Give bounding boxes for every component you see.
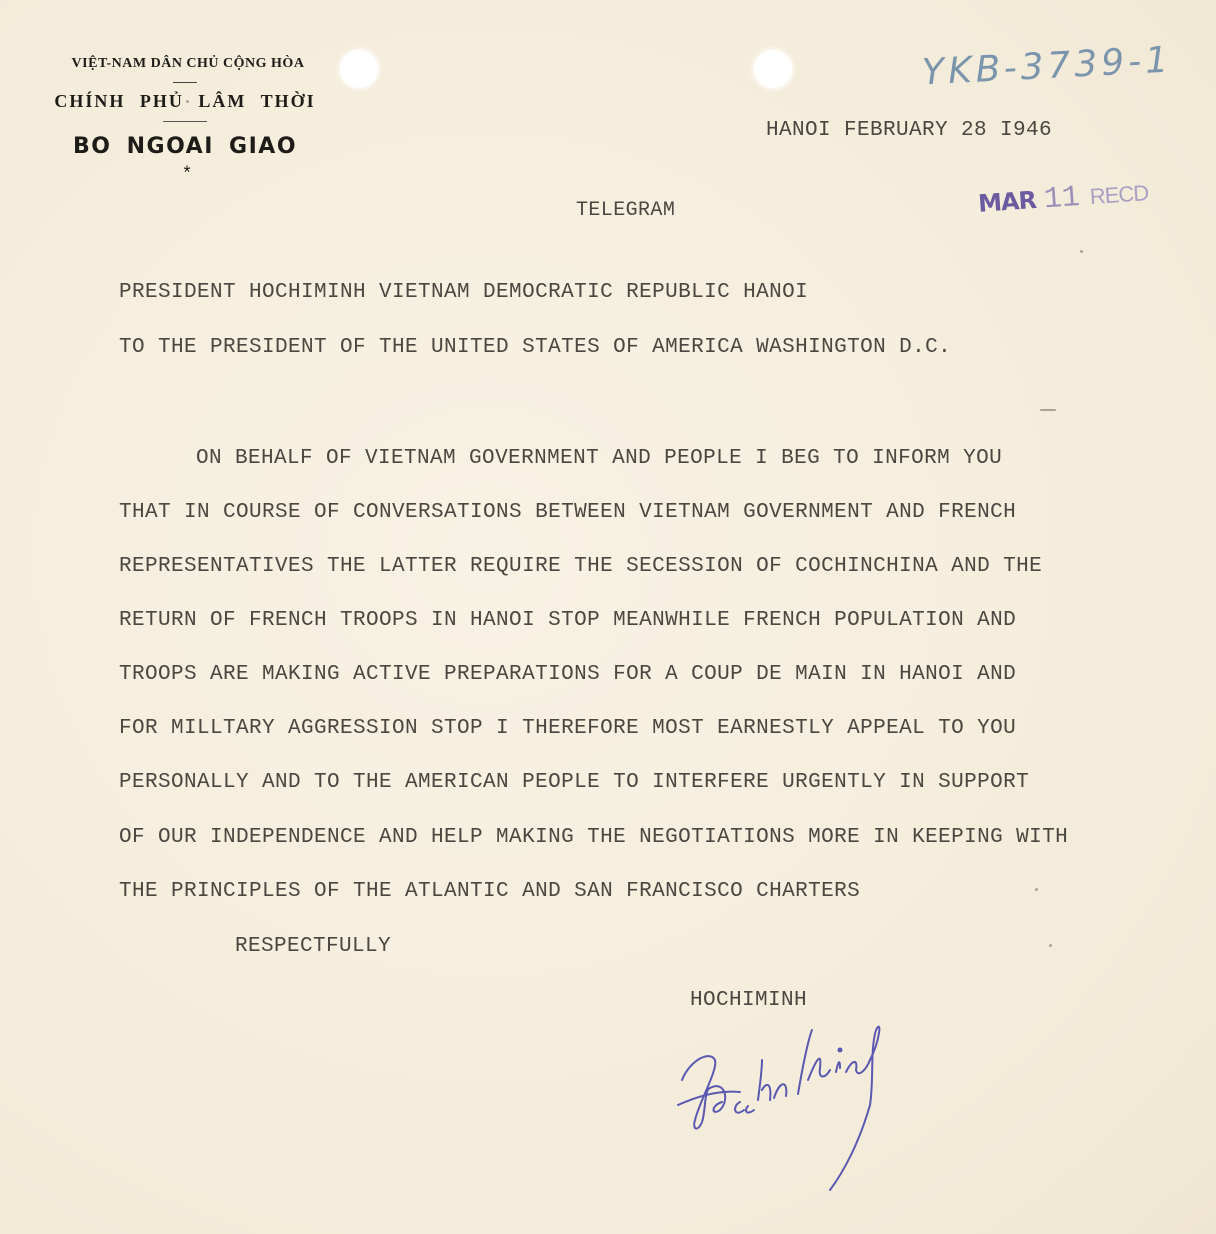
body-line: FOR MILLTARY AGGRESSION STOP I THEREFORE…	[119, 717, 1016, 740]
body-line: TROOPS ARE MAKING ACTIVE PREPARATIONS FO…	[119, 663, 1016, 686]
letterhead: VIỆT-NAM DÂN CHỦ CỘNG HÒA CHÍNH PHỦ LÂM …	[40, 56, 330, 185]
letterhead-country: VIỆT-NAM DÂN CHỦ CỘNG HÒA	[46, 56, 330, 72]
document-type: TELEGRAM	[576, 199, 675, 222]
stamp-month: MAR	[977, 186, 1037, 218]
stamp-label: RECD	[1089, 180, 1149, 209]
body-line: THAT IN COURSE OF CONVERSATIONS BETWEEN …	[119, 501, 1016, 524]
sender-line: PRESIDENT HOCHIMINH VIETNAM DEMOCRATIC R…	[119, 281, 808, 304]
stamp-day: 11	[1043, 181, 1081, 217]
letterhead-government: CHÍNH PHỦ LÂM THỜI	[40, 91, 330, 112]
letterhead-ministry: BO NGOAI GIAO	[40, 134, 330, 159]
body-line: PERSONALLY AND TO THE AMERICAN PEOPLE TO…	[119, 771, 1029, 794]
body-line: REPRESENTATIVES THE LATTER REQUIRE THE S…	[119, 555, 1042, 578]
closing-salutation: RESPECTFULLY	[235, 935, 391, 958]
paper-speck	[1049, 944, 1052, 947]
letterhead-divider	[173, 82, 197, 83]
typed-signatory-name: HOCHIMINH	[690, 989, 807, 1012]
paper-mark	[1040, 409, 1056, 411]
body-line: ON BEHALF OF VIETNAM GOVERNMENT AND PEOP…	[92, 447, 1002, 470]
paper-speck	[186, 100, 189, 103]
punch-hole-right	[754, 50, 792, 88]
paper-speck	[1035, 888, 1038, 891]
body-line: RETURN OF FRENCH TROOPS IN HANOI STOP ME…	[119, 609, 1016, 632]
punch-hole-left	[340, 50, 378, 88]
star-icon: *	[44, 165, 330, 185]
paper-speck	[1080, 250, 1083, 253]
body-line: THE PRINCIPLES OF THE ATLANTIC AND SAN F…	[119, 880, 860, 903]
letterhead-divider	[163, 121, 207, 122]
handwritten-signature	[670, 1010, 1000, 1210]
recipient-line: TO THE PRESIDENT OF THE UNITED STATES OF…	[119, 336, 951, 359]
place-date: HANOI FEBRUARY 28 I946	[766, 119, 1052, 142]
body-line: OF OUR INDEPENDENCE AND HELP MAKING THE …	[119, 826, 1068, 849]
